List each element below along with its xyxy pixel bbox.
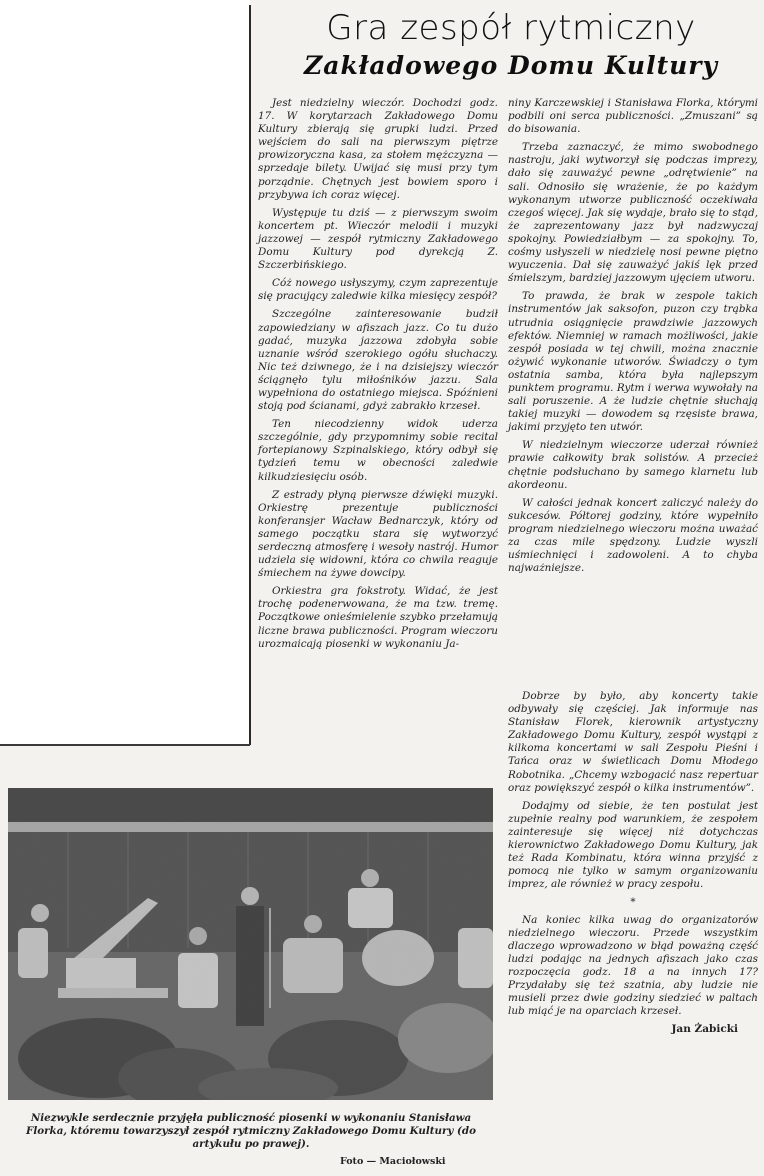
- paragraph: Ten niecodzienny widok uderza szczególni…: [258, 418, 498, 483]
- photo-credit: Foto — Maciołowski: [340, 1156, 446, 1167]
- paragraph: Występuje tu dziś — z pierwszym swoim ko…: [258, 207, 498, 272]
- concert-photo: [8, 788, 493, 1100]
- paragraph: Trzeba zaznaczyć, że mimo swobodnego nas…: [508, 141, 758, 285]
- paragraph: Szczególne zainteresowanie budził zapowi…: [258, 308, 498, 413]
- paragraph: Dodajmy od siebie, że ten postulat jest …: [508, 800, 758, 892]
- paragraph: Na koniec kilka uwag do organizatorów ni…: [508, 914, 758, 1019]
- paragraph: Jest niedzielny wieczór. Dochodzi godz. …: [258, 97, 498, 202]
- paragraph: W niedzielnym wieczorze uderzał również …: [508, 439, 758, 491]
- paragraph: Orkiestra gra fokstroty. Widać, że jest …: [258, 585, 498, 650]
- paragraph: Z estrady płyną pierwsze dźwięki muzyki.…: [258, 489, 498, 581]
- article-title: Gra zespół rytmiczny: [262, 6, 760, 50]
- paragraph: W całości jednak koncert zaliczyć należy…: [508, 497, 758, 576]
- paragraph: niny Karczewskiej i Stanisława Florka, k…: [508, 97, 758, 136]
- paragraph: Dobrze by było, aby koncerty takie odbyw…: [508, 690, 758, 795]
- clipping-edge: [0, 744, 250, 746]
- article-column-2: niny Karczewskiej i Stanisława Florka, k…: [508, 97, 758, 580]
- photo-caption: Niezwykle serdecznie przyjęła publicznoś…: [10, 1112, 492, 1151]
- author-signature: Jan Żabicki: [508, 1023, 758, 1036]
- photo-image: [8, 788, 493, 1100]
- article-column-1: Jest niedzielny wieczór. Dochodzi godz. …: [258, 97, 498, 656]
- article-subtitle: Zakładowego Domu Kultury: [258, 50, 764, 82]
- column-rule: [249, 5, 251, 745]
- paragraph: Cóż nowego usłyszymy, czym zaprezentuje …: [258, 277, 498, 303]
- paragraph: To prawda, że brak w zespole takich inst…: [508, 290, 758, 434]
- section-separator: *: [508, 896, 758, 909]
- article-column-3: Dobrze by było, aby koncerty takie odbyw…: [508, 690, 758, 1036]
